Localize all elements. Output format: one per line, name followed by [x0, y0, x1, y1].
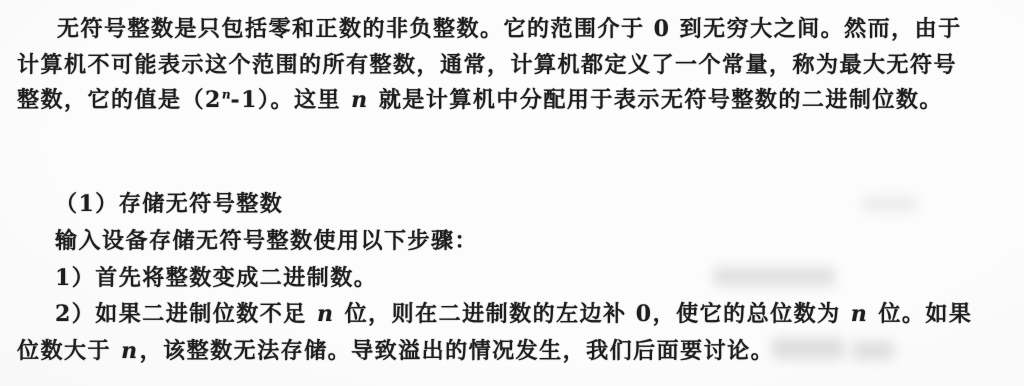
bleedthrough-mark [852, 341, 894, 360]
intro-paragraph: 无符号整数是只包括零和正数的非负整数。它的范围介于 0 到无穷大之间。然而，由于… [17, 12, 1010, 119]
text-segment: 是只包括零和正数的非负整数。它的范围介于 0 到无穷大之间。然而，由于 [175, 16, 962, 42]
text-segment: ，该整数无法存储。导致溢出的情况发生，我们后面要讨论。 [140, 338, 775, 364]
variable-n: n [350, 87, 370, 113]
intro-line-2: 计算机不可能表示这个范围的所有整数，通常，计算机都定义了一个常量，称为最大无符号 [17, 48, 1010, 84]
intro-line-1: 无符号整数是只包括零和正数的非负整数。它的范围介于 0 到无穷大之间。然而，由于 [17, 12, 1010, 48]
term-unsigned-integer: 无符号整数 [57, 16, 175, 42]
bleedthrough-mark [713, 267, 835, 286]
text-segment: -1）。这里 [231, 87, 351, 113]
exponent-n: n [222, 88, 231, 102]
step-1-line: 1）首先将整数变成二进制数。 [17, 260, 1010, 297]
steps-intro-line: 输入设备存储无符号整数使用以下步骤： [17, 223, 1010, 260]
intro-line-3: 整数，它的值是（2n-1）。这里 n 就是计算机中分配用于表示无符号整数的二进制… [17, 83, 1010, 119]
text-segment: 就是计算机中分配用于表示无符号整数的二进制位数。 [370, 87, 943, 113]
text-segment: 位。如果 [869, 301, 972, 327]
bleedthrough-mark [862, 196, 917, 212]
text-segment: 位数大于 [17, 338, 120, 364]
step-2-line-1: 2）如果二进制位数不足 n 位，则在二进制数的左边补 0，使它的总位数为 n 位… [17, 296, 1010, 333]
variable-n: n [120, 338, 140, 364]
variable-n: n [316, 301, 336, 327]
scanned-book-page: 无符号整数是只包括零和正数的非负整数。它的范围介于 0 到无穷大之间。然而，由于… [0, 0, 1024, 386]
text-segment: 整数，它的值是（2 [17, 87, 222, 113]
text-segment: 位，则在二进制数的左边补 0，使它的总位数为 [335, 301, 849, 327]
text-segment: 2）如果二进制位数不足 [55, 301, 316, 327]
bleedthrough-mark [772, 338, 844, 359]
variable-n: n [850, 301, 870, 327]
